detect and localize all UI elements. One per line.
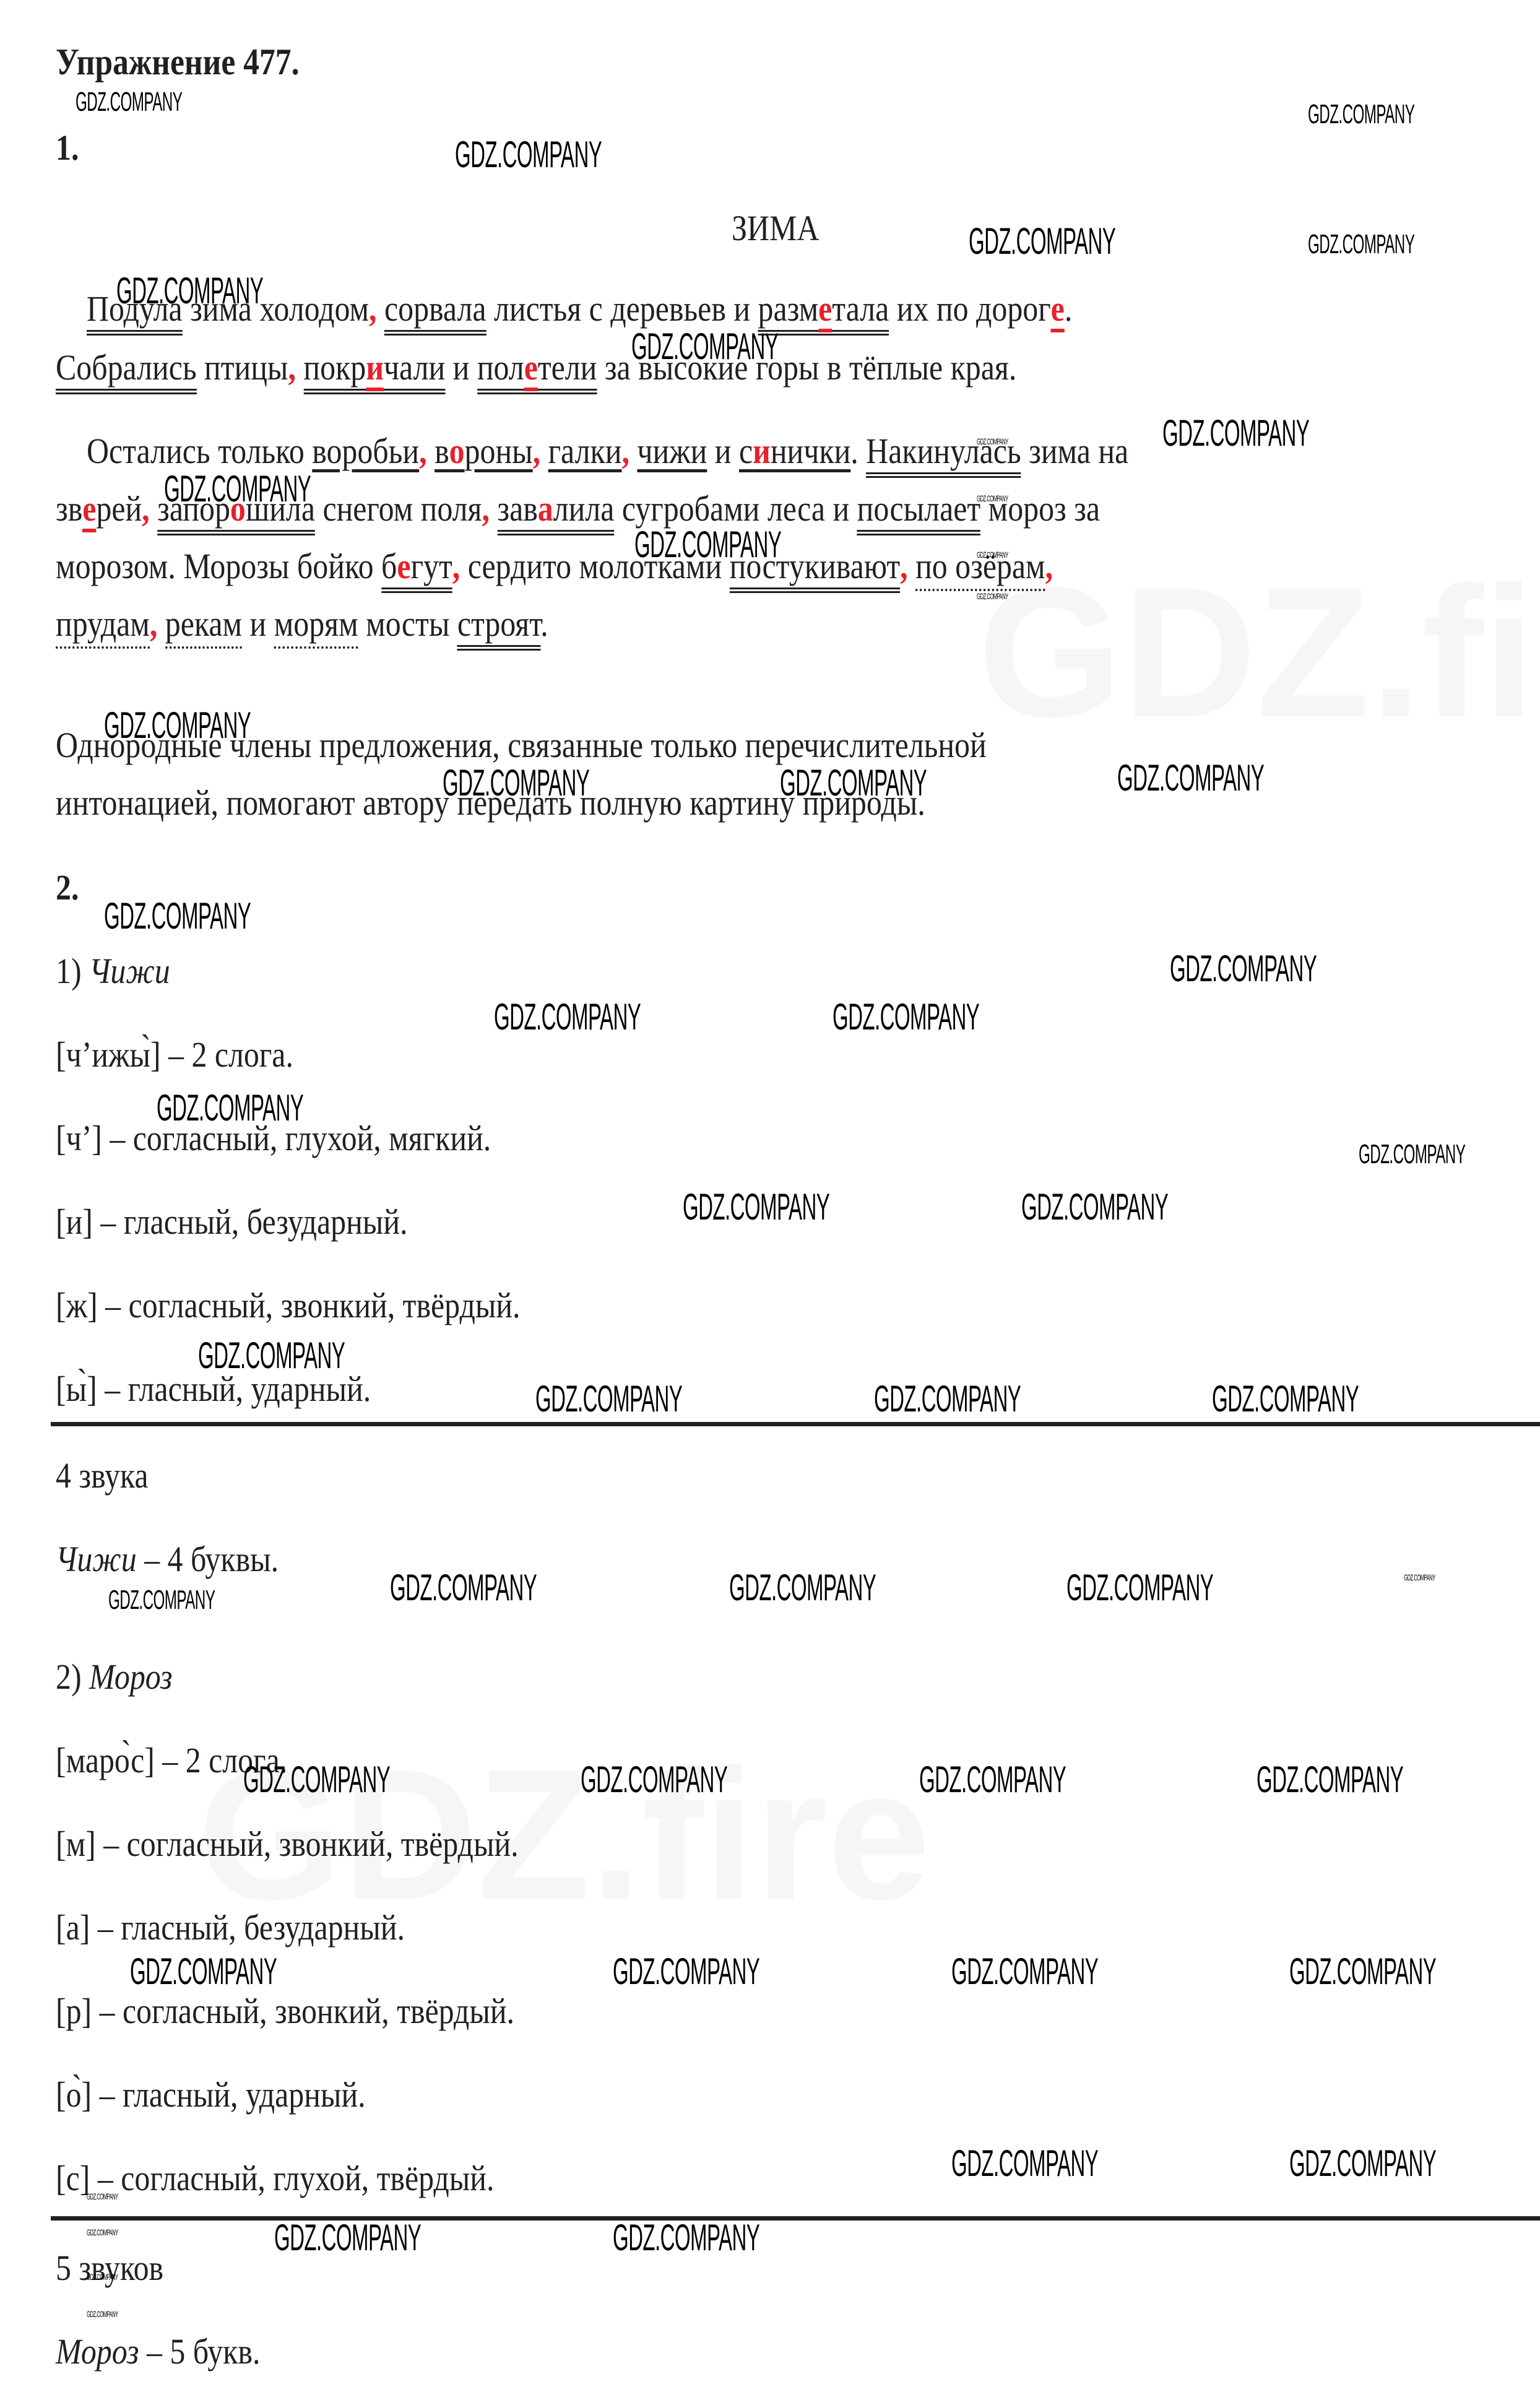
word2-sound-1: [м] – согласный, звонкий, твёрдый. (56, 1826, 519, 1862)
watermark-text: GDZ.COMPANY (1117, 756, 1264, 799)
word2-heading: 2) Мороз (56, 1659, 173, 1695)
text-title: ЗИМА (732, 210, 819, 246)
watermark-text: GDZ.COMPANY (874, 1377, 1021, 1420)
watermark-text: GDZ.COMPANY (1021, 1185, 1168, 1228)
watermark-text: GDZ.COMPANY (1162, 412, 1309, 454)
watermark-text: GDZ.COMPANY (104, 704, 251, 747)
watermark-text: GDZ.COMPANY (87, 2272, 118, 2282)
word1-sound-2: [и] – гласный, безударный. (56, 1204, 407, 1240)
subject: галки (548, 431, 622, 471)
watermark-text: GDZ.COMPANY (116, 269, 263, 312)
word1-transcription: [ч’ижы̀] – 2 слога. (56, 1037, 293, 1073)
subject: синички (739, 431, 850, 471)
watermark-text: GDZ.COMPANY (130, 1950, 277, 1993)
watermark-text: GDZ.COMPANY (833, 995, 979, 1038)
paragraph2-line1: Остались только воробьи, вороны, галки, … (87, 433, 1128, 469)
word2-sound-3: [р] – согласный, звонкий, твёрдый. (56, 1993, 514, 2029)
watermark-text: GDZ.COMPANY (1170, 947, 1317, 990)
watermark-text: GDZ.COMPANY (108, 1585, 215, 1616)
watermark-text: GDZ.COMPANY (951, 2142, 1098, 2185)
watermark-text: GDZ.COMPANY (157, 1086, 303, 1129)
checked-vowel: е (818, 288, 832, 332)
paragraph1-line2: Собрались птицы, покричали и полетели за… (56, 350, 1016, 386)
watermark-text: GDZ.COMPANY (1212, 1377, 1359, 1420)
checked-vowel: а (538, 488, 553, 529)
watermark-text: GDZ.COMPANY (198, 1334, 345, 1377)
watermark-text: GDZ.COMPANY (455, 133, 602, 176)
watermark-text: GDZ.COMPANY (87, 2191, 118, 2201)
checked-vowel: и (753, 431, 771, 471)
watermark-text: GDZ.COMPANY (1289, 2142, 1436, 2185)
watermark-text: GDZ.COMPANY (494, 995, 641, 1038)
watermark-text: GDZ.COMPANY (243, 1758, 390, 1801)
word2-sound-5: [с] – согласный, глухой, твёрдый. (56, 2160, 494, 2196)
watermark-text: GDZ.COMPANY (1308, 99, 1414, 130)
checked-vowel: е (82, 488, 96, 532)
exercise-title: Упражнение 477. (56, 43, 299, 80)
watermark-text: GDZ.COMPANY (390, 1566, 537, 1609)
subject: вороны (435, 431, 533, 471)
subject: воробьи (312, 431, 419, 471)
adverbial: морям (274, 604, 358, 649)
paragraph2-line4: прудам, рекам и морям мосты строят. (56, 606, 548, 642)
watermark-text: GDZ.COMPANY (535, 1377, 682, 1420)
predicate: бегут (381, 546, 452, 593)
watermark-text: GDZ.COMPANY (977, 436, 1008, 446)
watermark-text: GDZ.COMPANY (613, 2216, 759, 2259)
part-1-label: 1. (56, 130, 79, 166)
checked-vowel: о (449, 431, 465, 471)
background-watermark: GDZ.fire (978, 545, 1540, 759)
watermark-text: GDZ.COMPANY (951, 1950, 1098, 1993)
checked-ending: е (1051, 288, 1065, 332)
watermark-text: GDZ.COMPANY (613, 1950, 759, 1993)
watermark-text: GDZ.COMPANY (274, 2216, 421, 2259)
divider-rule (51, 1422, 1540, 1426)
watermark-text: GDZ.COMPANY (443, 761, 589, 804)
comma: , (288, 347, 295, 388)
watermark-text: GDZ.COMPANY (683, 1185, 829, 1228)
watermark-text: GDZ.COMPANY (1257, 1758, 1403, 1801)
predicate: полетели (477, 347, 597, 394)
predicate: покричали (303, 347, 445, 394)
watermark-text: GDZ.COMPANY (634, 523, 781, 566)
subject: чижи (637, 431, 707, 471)
word2-letter-count: Мороз – 5 букв. (56, 2334, 260, 2370)
predicate: строят (457, 604, 540, 651)
watermark-text: GDZ.COMPANY (76, 87, 182, 118)
adverbial: рекам (165, 604, 242, 649)
checked-vowel: е (397, 546, 410, 586)
watermark-text: GDZ.COMPANY (977, 550, 1008, 560)
paragraph2-line3: морозом. Морозы бойко бегут, сердито мол… (56, 548, 1053, 584)
word1-sound-3: [ж] – согласный, звонкий, твёрдый. (56, 1288, 521, 1324)
watermark-text: GDZ.COMPANY (780, 761, 927, 804)
predicate: сорвала (384, 288, 487, 336)
word1-sound-count: 4 звука (56, 1458, 149, 1494)
watermark-text: GDZ.COMPANY (87, 2309, 118, 2319)
watermark-text: GDZ.COMPANY (977, 591, 1008, 601)
watermark-text: GDZ.COMPANY (729, 1566, 876, 1609)
word1-letter-count: Чижи – 4 буквы. (56, 1541, 279, 1577)
watermark-text: GDZ.COMPANY (104, 895, 251, 937)
watermark-text: GDZ.COMPANY (87, 2227, 118, 2237)
word2-sound-4: [о̀] – гласный, ударный. (56, 2077, 366, 2113)
watermark-text: GDZ.COMPANY (977, 493, 1008, 503)
watermark-text: GDZ.COMPANY (919, 1758, 1066, 1801)
watermark-text: GDZ.COMPANY (1308, 229, 1414, 260)
watermark-text: GDZ.COMPANY (581, 1758, 727, 1801)
watermark-text: GDZ.COMPANY (1359, 1139, 1465, 1170)
word2-sound-2: [а] – гласный, безударный. (56, 1910, 405, 1946)
checked-vowel: и (366, 347, 384, 391)
watermark-text: GDZ.COMPANY (969, 220, 1115, 262)
adverbial: прудам (56, 604, 150, 649)
predicate: завалила (497, 488, 614, 535)
part-2-label: 2. (56, 870, 79, 906)
predicate: посылает (857, 488, 981, 535)
comma: , (369, 288, 376, 329)
watermark-text: GDZ.COMPANY (1066, 1566, 1213, 1609)
watermark-text: GDZ.COMPANY (631, 325, 778, 368)
watermark-text: GDZ.COMPANY (1289, 1950, 1436, 1993)
predicate: Собрались (56, 347, 197, 394)
checked-vowel: е (524, 347, 538, 391)
watermark-text: GDZ.COMPANY (164, 467, 311, 510)
watermark-text: GDZ.COMPANY (1404, 1572, 1435, 1582)
word1-heading: 1) Чижи (56, 953, 170, 989)
